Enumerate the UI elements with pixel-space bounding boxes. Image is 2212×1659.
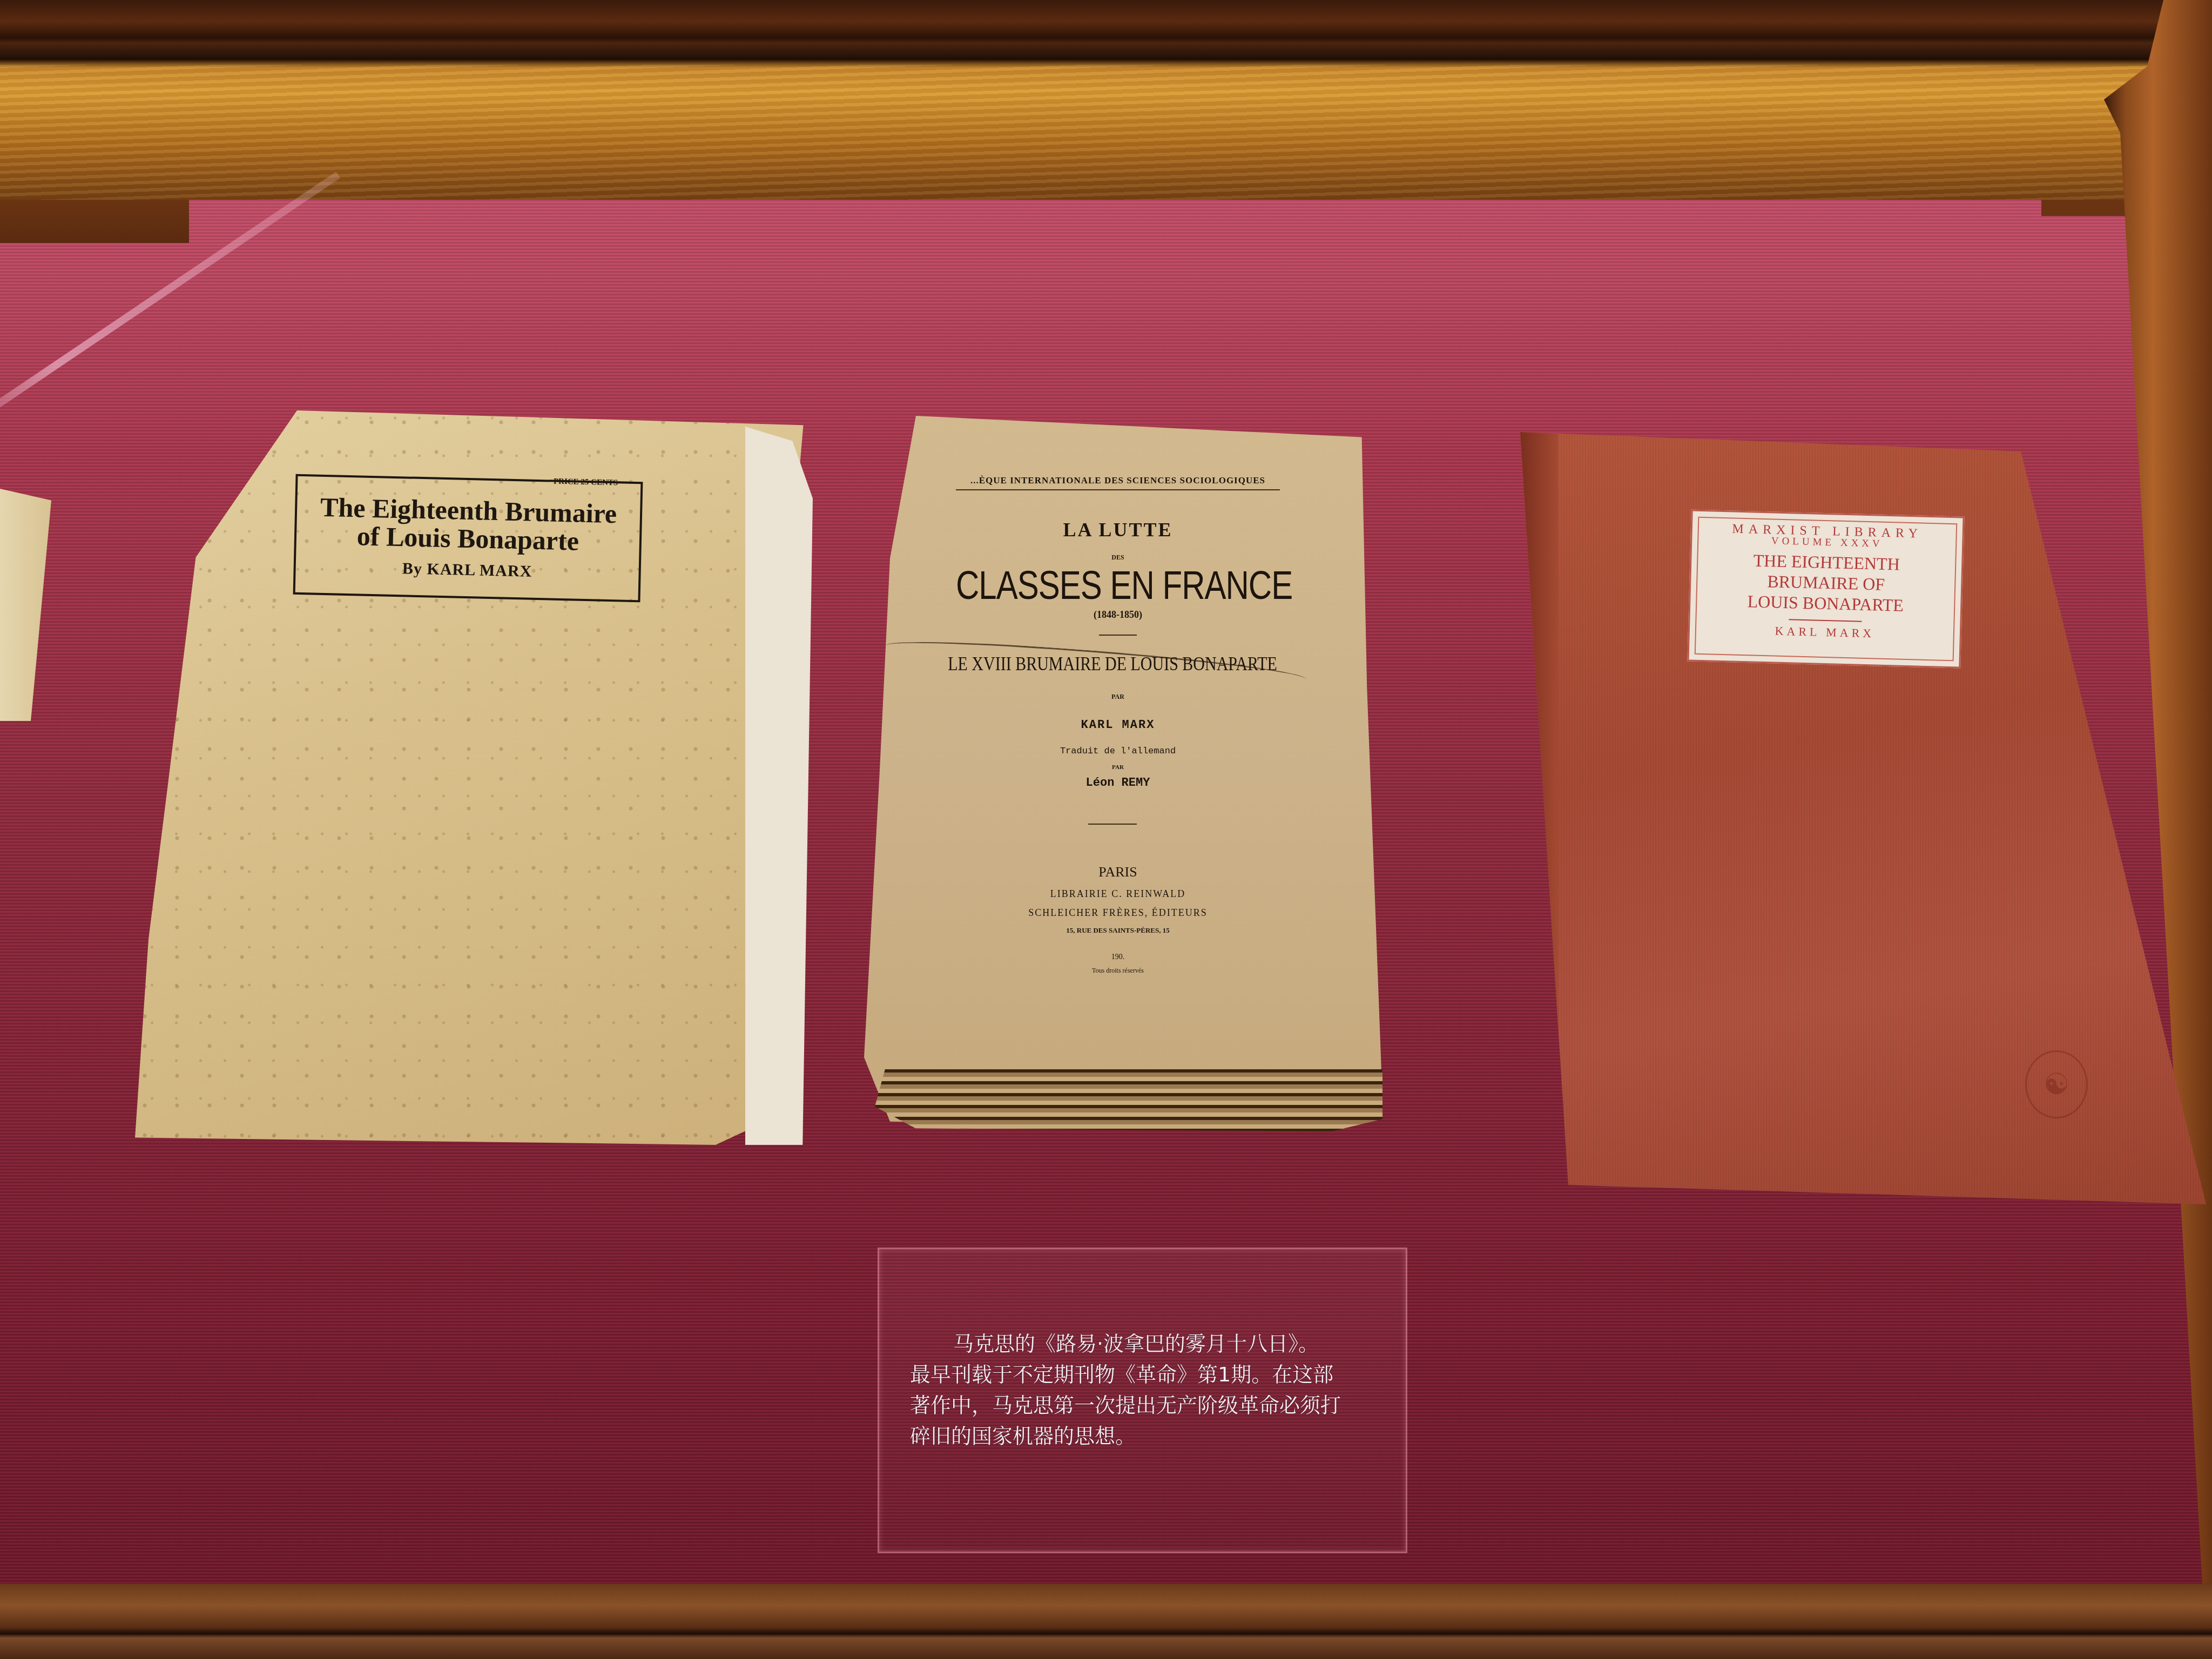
publisher-line2: SCHLEICHER FRÈRES, ÉDITEURS bbox=[956, 907, 1280, 919]
caption-line-4: 碎旧的国家机器的思想。 bbox=[910, 1421, 1369, 1452]
publisher-line1: LIBRAIRIE C. REINWALD bbox=[956, 888, 1280, 900]
caption-line-3: 著作中，马克思第一次提出无产阶级革命必须打 bbox=[910, 1390, 1369, 1421]
felt-step-shadow-right bbox=[2041, 200, 2139, 216]
author-name: KARL MARX bbox=[956, 718, 1280, 732]
publisher-address: 15, RUE DES SAINTS-PÈRES, 15 bbox=[956, 926, 1280, 935]
felt-step-shadow bbox=[0, 200, 189, 243]
divider bbox=[1099, 635, 1137, 636]
translated-note: Traduit de l'allemand bbox=[956, 746, 1280, 757]
caption-line-1-text: 马克思的《路易·波拿巴的雾月十八日》。 bbox=[953, 1332, 1319, 1355]
pamphlet-author: By KARL MARX bbox=[295, 557, 639, 583]
label-inner-border bbox=[1695, 517, 1958, 661]
pamphlet-title-box: The Eighteenth Brumaire of Louis Bonapar… bbox=[293, 474, 643, 603]
publisher-city: PARIS bbox=[956, 864, 1280, 880]
title-years: (1848-1850) bbox=[956, 609, 1280, 621]
series-header: ...ÈQUE INTERNATIONALE DES SCIENCES SOCI… bbox=[956, 475, 1280, 490]
divider-2 bbox=[1088, 824, 1137, 825]
par-label: PAR bbox=[956, 693, 1280, 701]
translator-name: Léon REMY bbox=[956, 776, 1280, 790]
pamphlet-underlying-pages bbox=[745, 427, 813, 1145]
display-case-bottom-wood bbox=[0, 1584, 2212, 1659]
title-la-lutte: LA LUTTE bbox=[956, 518, 1280, 541]
caption-line-1: 马克思的《路易·波拿巴的雾月十八日》。 bbox=[910, 1328, 1369, 1359]
par-label-2: PAR bbox=[956, 764, 1280, 771]
caption-text: 马克思的《路易·波拿巴的雾月十八日》。 最早刊载于不定期刊物《革命》第1期。在这… bbox=[910, 1328, 1369, 1452]
book-page-stack bbox=[875, 1069, 1382, 1131]
title-classes-en-france: CLASSES EN FRANCE bbox=[956, 562, 1280, 608]
publication-year: 190. bbox=[956, 953, 1280, 962]
rights-notice: Tous droits réservés bbox=[956, 967, 1280, 975]
cover-label: MARXIST LIBRARY VOLUME XXXV THE EIGHTEEN… bbox=[1687, 509, 1964, 668]
embossed-emblem-icon: ☯ bbox=[2025, 1050, 2088, 1118]
title-des: DES bbox=[956, 554, 1280, 562]
caption-line-2: 最早刊载于不定期刊物《革命》第1期。在这部 bbox=[910, 1359, 1369, 1390]
